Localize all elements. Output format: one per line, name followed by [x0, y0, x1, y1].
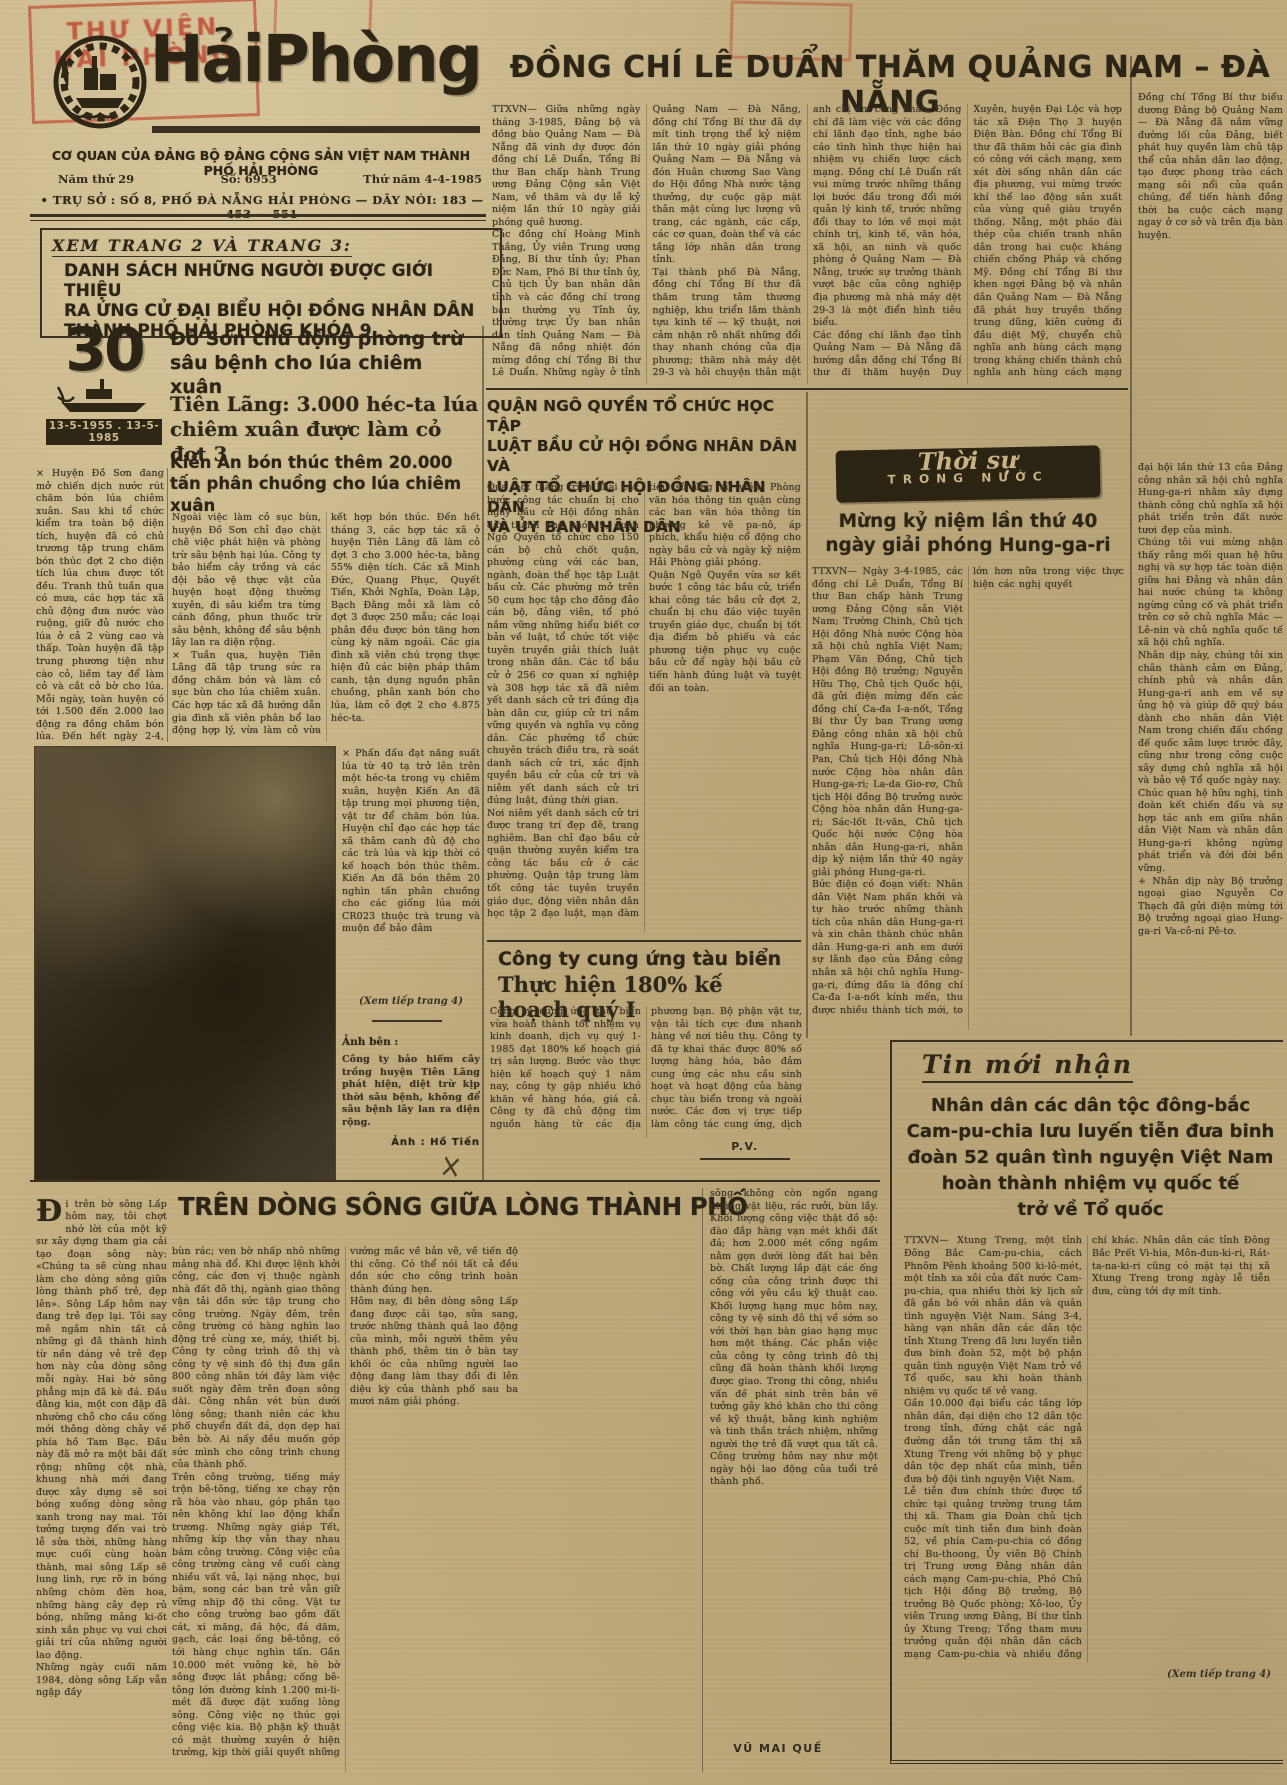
masthead-underline	[152, 126, 480, 133]
election-body: Qua một tháng triển khai các bước công t…	[487, 482, 801, 932]
cambodia-body: TTXVN— Xtung Treng, một tỉnh Đông Bắc Ca…	[904, 1235, 1270, 1663]
cambodia-headline-line4: hoàn thành nhiệm vụ quốc tế	[904, 1171, 1277, 1197]
masthead-title: HảiPhòng	[150, 28, 486, 92]
shipping-rule	[487, 940, 801, 942]
hungary-headline: Mừng kỷ niệm lần thứ 40 ngày giải phóng …	[812, 510, 1124, 558]
column-rule-left	[167, 468, 168, 742]
cambodia-headline-line3: đoàn 52 quân tình nguyện Việt Nam	[904, 1145, 1277, 1171]
lead-article-right-column: Đồng chí Tổng Bí thư biểu dương Đảng bộ …	[1138, 92, 1283, 386]
election-headline-line1: QUẬN NGÔ QUYỀN TỔ CHỨC HỌC TẬP	[487, 396, 801, 436]
cambodia-headline-line1: Nhân dân các dân tộc đông-bắc	[904, 1093, 1277, 1119]
farm-left-column: × Huyện Đồ Sơn đang mở chiến dịch nước r…	[36, 468, 164, 742]
river-column-rule	[702, 1188, 703, 1772]
shipping-byline: P.V.	[700, 1140, 790, 1153]
shipping-body: Công ty cung ứng tàu biển vừa hoàn thành…	[490, 1006, 802, 1138]
shipping-kicker: Công ty cung ứng tàu biển	[498, 948, 798, 970]
column-rule-right	[1130, 56, 1132, 1036]
photo-caption-label: Ảnh bên :	[342, 1036, 480, 1048]
emblem-icon	[48, 32, 148, 134]
masthead-rule	[30, 214, 486, 221]
masthead-emblem	[48, 32, 148, 134]
issue-info-row: Năm thứ 29 Số: 6953 Thứ năm 4-4-1985	[58, 172, 482, 186]
cambodia-kicker: Tin mới nhận	[922, 1050, 1133, 1083]
newspaper-page: THƯ VIỆN HẢI PHÒNG HảiPhòng CƠ QUAN CỦA …	[0, 0, 1287, 1785]
doson-headline: Đồ Sơn chủ động phòng trừ sâu bệnh cho l…	[170, 328, 480, 399]
section-rule-mid-right	[806, 392, 808, 1038]
cambodia-headline-line5: trở về Tổ quốc	[904, 1197, 1277, 1223]
photo-caption-credit: Ảnh : Hồ Tiến	[342, 1137, 480, 1148]
river-right-column: sông không còn ngổn ngang những vật liệu…	[710, 1188, 878, 1728]
hungary-right-column: đại hội lần thứ 13 của Đảng công nhân xã…	[1138, 462, 1283, 1034]
cambodia-continuation: (Xem tiếp trang 4)	[904, 1669, 1271, 1680]
field-photo	[34, 746, 336, 1182]
promo-kicker: XEM TRANG 2 VÀ TRANG 3:	[52, 236, 352, 257]
farm-body: Ngoài việc làm cỏ sục bùn, huyện Đồ Sơn …	[172, 512, 480, 742]
anniversary-number: 30	[46, 322, 162, 379]
kienan-headline: Kiến An bón thúc thêm 20.000 tấn phân ch…	[170, 452, 480, 516]
lead-article-body: TTXVN— Giữa những ngày tháng 3-1985, Đản…	[492, 104, 1122, 384]
photo-caption: Ảnh bên : Công ty bảo hiểm cây trồng huy…	[342, 1036, 480, 1148]
cambodia-headline-line2: Cam-pu-chia lưu luyến tiễn đưa binh	[904, 1119, 1277, 1145]
ship-icon	[56, 375, 152, 415]
cambodia-box: Tin mới nhận Nhân dân các dân tộc đông-b…	[890, 1040, 1283, 1764]
election-headline-line2: LUẬT BẦU CỬ HỘI ĐỒNG NHÂN DÂN VÀ	[487, 436, 801, 476]
section-rule-left-mid	[482, 326, 484, 1180]
river-body: bùn rác; ven bờ nhấp nhô những mảng nhà …	[172, 1246, 696, 1772]
date-label: Thứ năm 4-4-1985	[363, 172, 482, 186]
anniversary-dates: 13-5-1955 . 13-5-1985	[46, 419, 162, 445]
photo-caption-text: Công ty bảo hiểm cây trồng huyện Tiên Lã…	[342, 1054, 480, 1129]
farm-continuation: (Xem tiếp trang 4)	[342, 996, 480, 1007]
anniversary-badge: 30 13-5-1955 . 13-5-1985	[46, 322, 162, 462]
section-banner: Thời sự TRONG NƯỚC	[835, 445, 1100, 503]
issue-number: Số: 6953	[221, 172, 277, 186]
river-intro-column: Đi trên bờ sông Lấp hôm nay, tôi chợt nh…	[36, 1186, 167, 1776]
section-rule-top	[486, 388, 1128, 390]
farm-right-column: × Phấn đấu đạt năng suất lúa từ 40 tạ tr…	[342, 748, 480, 990]
hungary-body: TTXVN— Ngày 3-4-1985, các đồng chí Lê Du…	[812, 566, 1124, 1030]
river-intro-text: i trên bờ sông Lấp hôm nay, tôi chợt nhớ…	[36, 1199, 167, 1699]
river-byline: VŨ MAI QUẾ	[688, 1742, 868, 1755]
river-headline: TRÊN DÒNG SÔNG GIỮA LÒNG THÀNH PHỐ	[178, 1192, 673, 1221]
caption-separator	[372, 1020, 442, 1022]
shipping-byline-rule	[700, 1158, 790, 1160]
promo-title-line1: DANH SÁCH NHỮNG NGƯỜI ĐƯỢC GIỚI THIỆU	[64, 261, 490, 301]
year-label: Năm thứ 29	[58, 172, 134, 186]
river-dropcap: Đ	[36, 1199, 65, 1225]
